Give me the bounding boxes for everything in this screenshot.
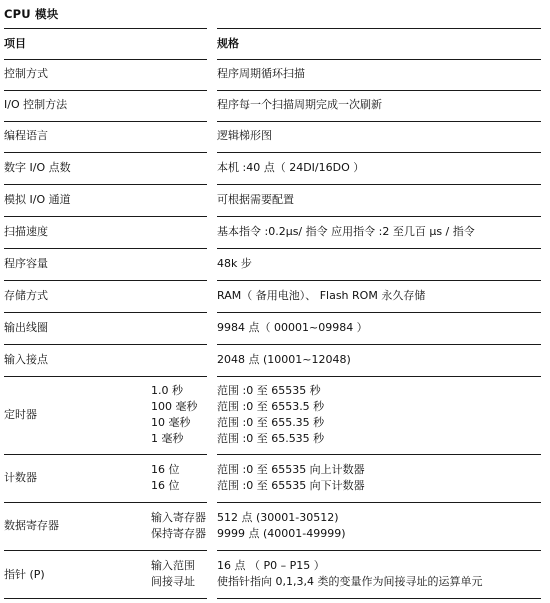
divider	[4, 550, 207, 551]
divider	[217, 598, 541, 599]
divider	[217, 502, 541, 503]
timer-sub-1ms: 1 毫秒	[151, 431, 198, 447]
counter-spec-down: 范围 :0 至 65535 向下计数器	[217, 478, 365, 494]
divider	[4, 502, 207, 503]
divider	[4, 90, 207, 91]
pointer-sub-range: 输入范围	[151, 558, 195, 574]
row-spec: 2048 点 (10001~12048)	[217, 352, 351, 368]
divider	[217, 248, 541, 249]
row-spec: 程序每一个扫描周期完成一次刷新	[217, 97, 382, 113]
row-spec: 48k 步	[217, 256, 252, 272]
timer-sub-10ms: 10 毫秒	[151, 415, 198, 431]
divider	[4, 216, 207, 217]
row-item: 编程语言	[4, 128, 48, 144]
header-spec: 规格	[217, 36, 239, 52]
row-item: 输出线圈	[4, 320, 48, 336]
timer-spec: 范围 :0 至 65535 秒 范围 :0 至 6553.5 秒 范围 :0 至…	[217, 383, 324, 447]
row-spec: 程序周期循环扫描	[217, 66, 305, 82]
pointer-spec: 16 点 （ P0 – P15 ） 使指针指向 0,1,3,4 类的变量作为间接…	[217, 558, 482, 590]
divider	[217, 454, 541, 455]
timer-sub: 1.0 秒 100 毫秒 10 毫秒 1 毫秒	[151, 383, 198, 447]
row-spec: 逻辑梯形图	[217, 128, 272, 144]
divider	[4, 598, 207, 599]
row-item: 模拟 I/O 通道	[4, 192, 71, 208]
row-spec: 基本指令 :0.2μs/ 指令 应用指令 :2 至几百 μs / 指令	[217, 224, 475, 240]
data-register-item: 数据寄存器	[4, 518, 59, 534]
divider	[217, 280, 541, 281]
document-title: CPU 模块	[4, 6, 58, 22]
divider	[4, 312, 207, 313]
data-register-spec: 512 点 (30001-30512) 9999 点 (40001-49999)	[217, 510, 346, 542]
timer-sub-1s: 1.0 秒	[151, 383, 198, 399]
divider	[217, 376, 541, 377]
pointer-spec-range: 16 点 （ P0 – P15 ）	[217, 558, 482, 574]
divider	[4, 454, 207, 455]
row-item: 扫描速度	[4, 224, 48, 240]
counter-item: 计数器	[4, 470, 37, 486]
row-spec: 可根据需要配置	[217, 192, 294, 208]
timer-spec-1ms: 范围 :0 至 65.535 秒	[217, 431, 324, 447]
divider	[4, 280, 207, 281]
counter-sub-up: 16 位	[151, 462, 180, 478]
divider	[4, 28, 207, 29]
divider	[4, 59, 207, 60]
divider	[4, 344, 207, 345]
divider	[217, 550, 541, 551]
divider	[217, 184, 541, 185]
timer-sub-100ms: 100 毫秒	[151, 399, 198, 415]
divider	[217, 216, 541, 217]
divider	[4, 184, 207, 185]
row-spec: 9984 点（ 00001~09984 ）	[217, 320, 368, 336]
divider	[217, 28, 541, 29]
row-item: 输入接点	[4, 352, 48, 368]
data-register-sub-input: 输入寄存器	[151, 510, 206, 526]
data-register-spec-input: 512 点 (30001-30512)	[217, 510, 346, 526]
pointer-item: 指针 (P)	[4, 567, 45, 583]
pointer-spec-indirect: 使指针指向 0,1,3,4 类的变量作为间接寻址的运算单元	[217, 574, 482, 590]
row-item: 存储方式	[4, 288, 48, 304]
divider	[217, 152, 541, 153]
divider	[217, 59, 541, 60]
data-register-sub-holding: 保持寄存器	[151, 526, 206, 542]
row-item: I/O 控制方法	[4, 97, 67, 113]
counter-sub-down: 16 位	[151, 478, 180, 494]
row-item: 程序容量	[4, 256, 48, 272]
divider	[217, 312, 541, 313]
divider	[217, 121, 541, 122]
divider	[4, 248, 207, 249]
divider	[4, 376, 207, 377]
counter-spec-up: 范围 :0 至 65535 向上计数器	[217, 462, 365, 478]
header-item: 项目	[4, 36, 26, 52]
row-spec: RAM（ 备用电池）、 Flash ROM 永久存储	[217, 288, 425, 304]
timer-spec-10ms: 范围 :0 至 655.35 秒	[217, 415, 324, 431]
pointer-sub-indirect: 间接寻址	[151, 574, 195, 590]
counter-spec: 范围 :0 至 65535 向上计数器 范围 :0 至 65535 向下计数器	[217, 462, 365, 494]
row-spec: 本机 :40 点（ 24DI/16DO ）	[217, 160, 364, 176]
divider	[4, 152, 207, 153]
row-item: 控制方式	[4, 66, 48, 82]
data-register-sub: 输入寄存器 保持寄存器	[151, 510, 206, 542]
data-register-spec-holding: 9999 点 (40001-49999)	[217, 526, 346, 542]
divider	[217, 344, 541, 345]
timer-spec-100ms: 范围 :0 至 6553.5 秒	[217, 399, 324, 415]
row-item: 数字 I/O 点数	[4, 160, 71, 176]
divider	[4, 121, 207, 122]
counter-sub: 16 位 16 位	[151, 462, 180, 494]
divider	[217, 90, 541, 91]
pointer-sub: 输入范围 间接寻址	[151, 558, 195, 590]
timer-spec-1s: 范围 :0 至 65535 秒	[217, 383, 324, 399]
timer-item: 定时器	[4, 407, 37, 423]
